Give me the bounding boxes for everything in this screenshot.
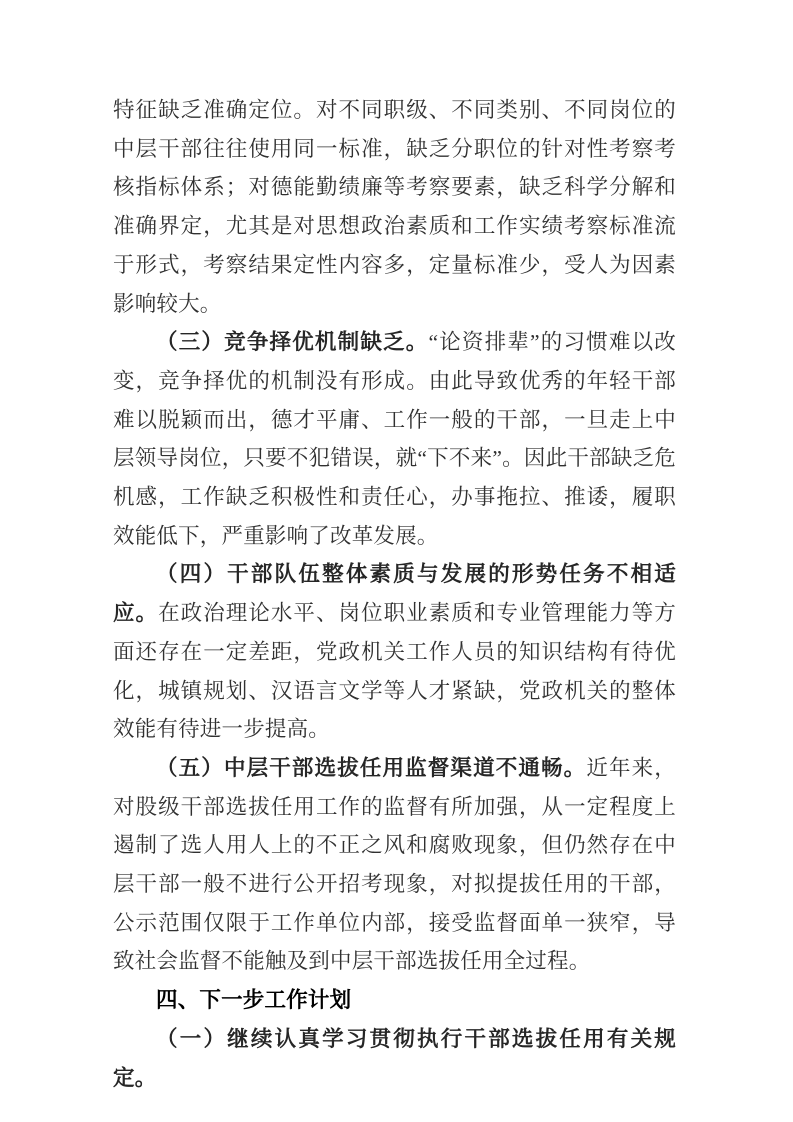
subsection-heading: （一）继续认真学习贯彻执行干部选拔任用有关规定。 [113,1027,676,1090]
paragraph-lead: （五）中层干部选拔任用监督渠道不通畅。 [156,756,586,780]
section-heading: 四、下一步工作计划 [113,981,676,1020]
paragraph-item-3: （三）竞争择优机制缺乏。“论资排辈”的习惯难以改变，竞争择优的机制没有形成。由此… [113,323,676,555]
paragraph-text: 在政治理论水平、岗位职业素质和专业管理能力等方面还存在一定差距，党政机关工作人员… [113,601,676,741]
subsection-heading-line: （一）继续认真学习贯彻执行干部选拔任用有关规定。 [113,1020,676,1097]
paragraph-continuation: 特征缺乏准确定位。对不同职级、不同类别、不同岗位的中层干部往往使用同一标准，缺乏… [113,91,676,323]
paragraph-item-5: （五）中层干部选拔任用监督渠道不通畅。近年来，对股级干部选拔任用工作的监督有所加… [113,749,676,981]
document-page: 特征缺乏准确定位。对不同职级、不同类别、不同岗位的中层干部往往使用同一标准，缺乏… [0,0,793,1122]
paragraph-text: 近年来，对股级干部选拔任用工作的监督有所加强，从一定程度上遏制了选人用人上的不正… [113,756,676,974]
paragraph-text: 特征缺乏准确定位。对不同职级、不同类别、不同岗位的中层干部往往使用同一标准，缺乏… [113,98,676,316]
document-content: 特征缺乏准确定位。对不同职级、不同类别、不同岗位的中层干部往往使用同一标准，缺乏… [113,91,676,1097]
paragraph-item-4: （四）干部队伍整体素质与发展的形势任务不相适应。在政治理论水平、岗位职业素质和专… [113,555,676,749]
paragraph-lead: （三）竞争择优机制缺乏。 [156,330,428,354]
paragraph-text: “论资排辈”的习惯难以改变，竞争择优的机制没有形成。由此导致优秀的年轻干部难以脱… [113,330,676,548]
